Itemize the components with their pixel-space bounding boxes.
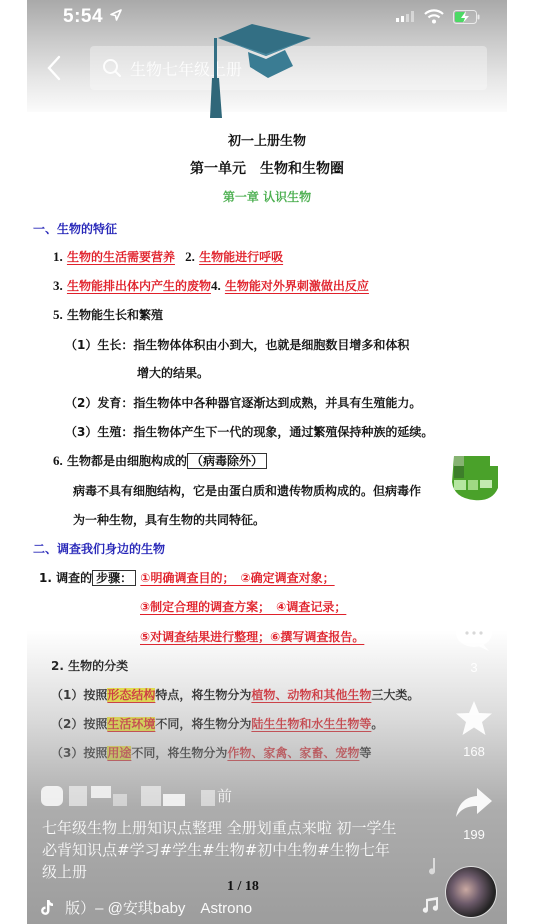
sub-reproduction: （3）生殖：指生物体产生下一代的现象，通过繁殖保持种族的延续。: [65, 423, 433, 440]
music-text: 版）– @安琪baby Astrono: [65, 900, 252, 917]
doc-chapter-title: 第一章 认识生物: [27, 188, 507, 205]
chevron-left-icon[interactable]: [41, 52, 69, 84]
wifi-icon: [424, 9, 444, 24]
feature-line-2: 3. 生物能排出体内产生的废物4. 生物能对外界刺激做出反应: [53, 277, 369, 294]
like-button[interactable]: 500: [447, 532, 501, 589]
phone-screen: 初一上册生物 第一单元 生物和生物圈 第一章 认识生物 一、生物的特征 1. 生…: [27, 0, 507, 924]
share-count: 199: [447, 827, 501, 842]
graduation-cap-icon: [210, 22, 320, 118]
tiktok-note-icon: [41, 900, 53, 915]
search-icon: [102, 58, 122, 78]
floating-note-icon: [429, 858, 439, 876]
sub-growth-cont: 增大的结果。: [137, 364, 209, 381]
doc-unit-title: 第一单元 生物和生物圈: [27, 158, 507, 178]
virus-note-1: 病毒不具有细胞结构，它是由蛋白质和遗传物质构成的。但病毒作: [73, 482, 421, 499]
feature-5: 生物能生长和繁殖: [67, 308, 163, 322]
author-row[interactable]: 前: [41, 784, 241, 808]
feature-line-3: 5. 生物能生长和繁殖: [53, 306, 163, 323]
share-arrow-icon: [455, 787, 493, 819]
feature-1: 生物的生活需要营养: [67, 250, 175, 264]
location-arrow-icon: [110, 9, 122, 21]
boxed-steps: 步骤：: [92, 570, 136, 586]
feature-line-6: 6. 生物都是由细胞构成的（病毒除外）: [53, 452, 267, 469]
music-row[interactable]: 版）– @安琪baby Astrono: [41, 897, 252, 918]
feature-2: 生物能进行呼吸: [199, 250, 283, 264]
pixelated-author-name: [41, 784, 241, 808]
post-caption[interactable]: 七年级生物上册知识点整理 全册划重点来啦 初一学生必背知识点#学习#学生#生物#…: [42, 817, 402, 883]
heart-icon: [455, 532, 493, 566]
sub-development: （2）发育：指生物体中各种器官逐渐达到成熟，并具有生殖能力。: [65, 394, 421, 411]
music-note-icon: [421, 897, 439, 913]
section-heading-1: 一、生物的特征: [33, 220, 117, 237]
cellular-signal-icon: [396, 11, 416, 23]
star-icon: [455, 700, 493, 736]
comment-button[interactable]: 3: [447, 618, 501, 675]
battery-charging-icon: [453, 10, 481, 24]
comment-count: 3: [447, 660, 501, 675]
page-indicator: 1 / 18: [227, 879, 259, 895]
favorite-count: 168: [447, 744, 501, 759]
virus-note-2: 为一种生物，具有生物的共同特征。: [73, 511, 265, 528]
doc-title: 初一上册生物: [27, 130, 507, 149]
feature-3: 生物能排出体内产生的废物: [67, 279, 211, 293]
boxed-exception: （病毒除外）: [187, 453, 267, 469]
feature-4: 生物能对外界刺激做出反应: [225, 279, 369, 293]
status-time: 5:54: [63, 6, 103, 28]
section-heading-2: 二、调查我们身边的生物: [33, 540, 165, 557]
music-disc-avatar[interactable]: [445, 866, 497, 918]
survey-steps-1: ①明确调查目的； ②确定调查对象；: [140, 571, 334, 585]
survey-steps-line-1: 1. 调查的步骤： ①明确调查目的； ②确定调查对象；: [39, 569, 335, 586]
feature-line-1: 1. 生物的生活需要营养 2. 生物能进行呼吸: [53, 248, 283, 265]
sub-growth: （1）生长：指生物体体积由小到大，也就是细胞数目增多和体积: [65, 336, 409, 353]
share-button[interactable]: 199: [447, 787, 501, 842]
favorite-button[interactable]: 168: [447, 700, 501, 759]
pixelated-avatar[interactable]: [450, 452, 500, 502]
like-count: 500: [447, 574, 501, 589]
post-time-suffix: 前: [217, 785, 232, 806]
survey-steps-2: ③制定合理的调查方案； ④调查记录；: [140, 598, 346, 615]
comment-icon: [455, 618, 493, 652]
